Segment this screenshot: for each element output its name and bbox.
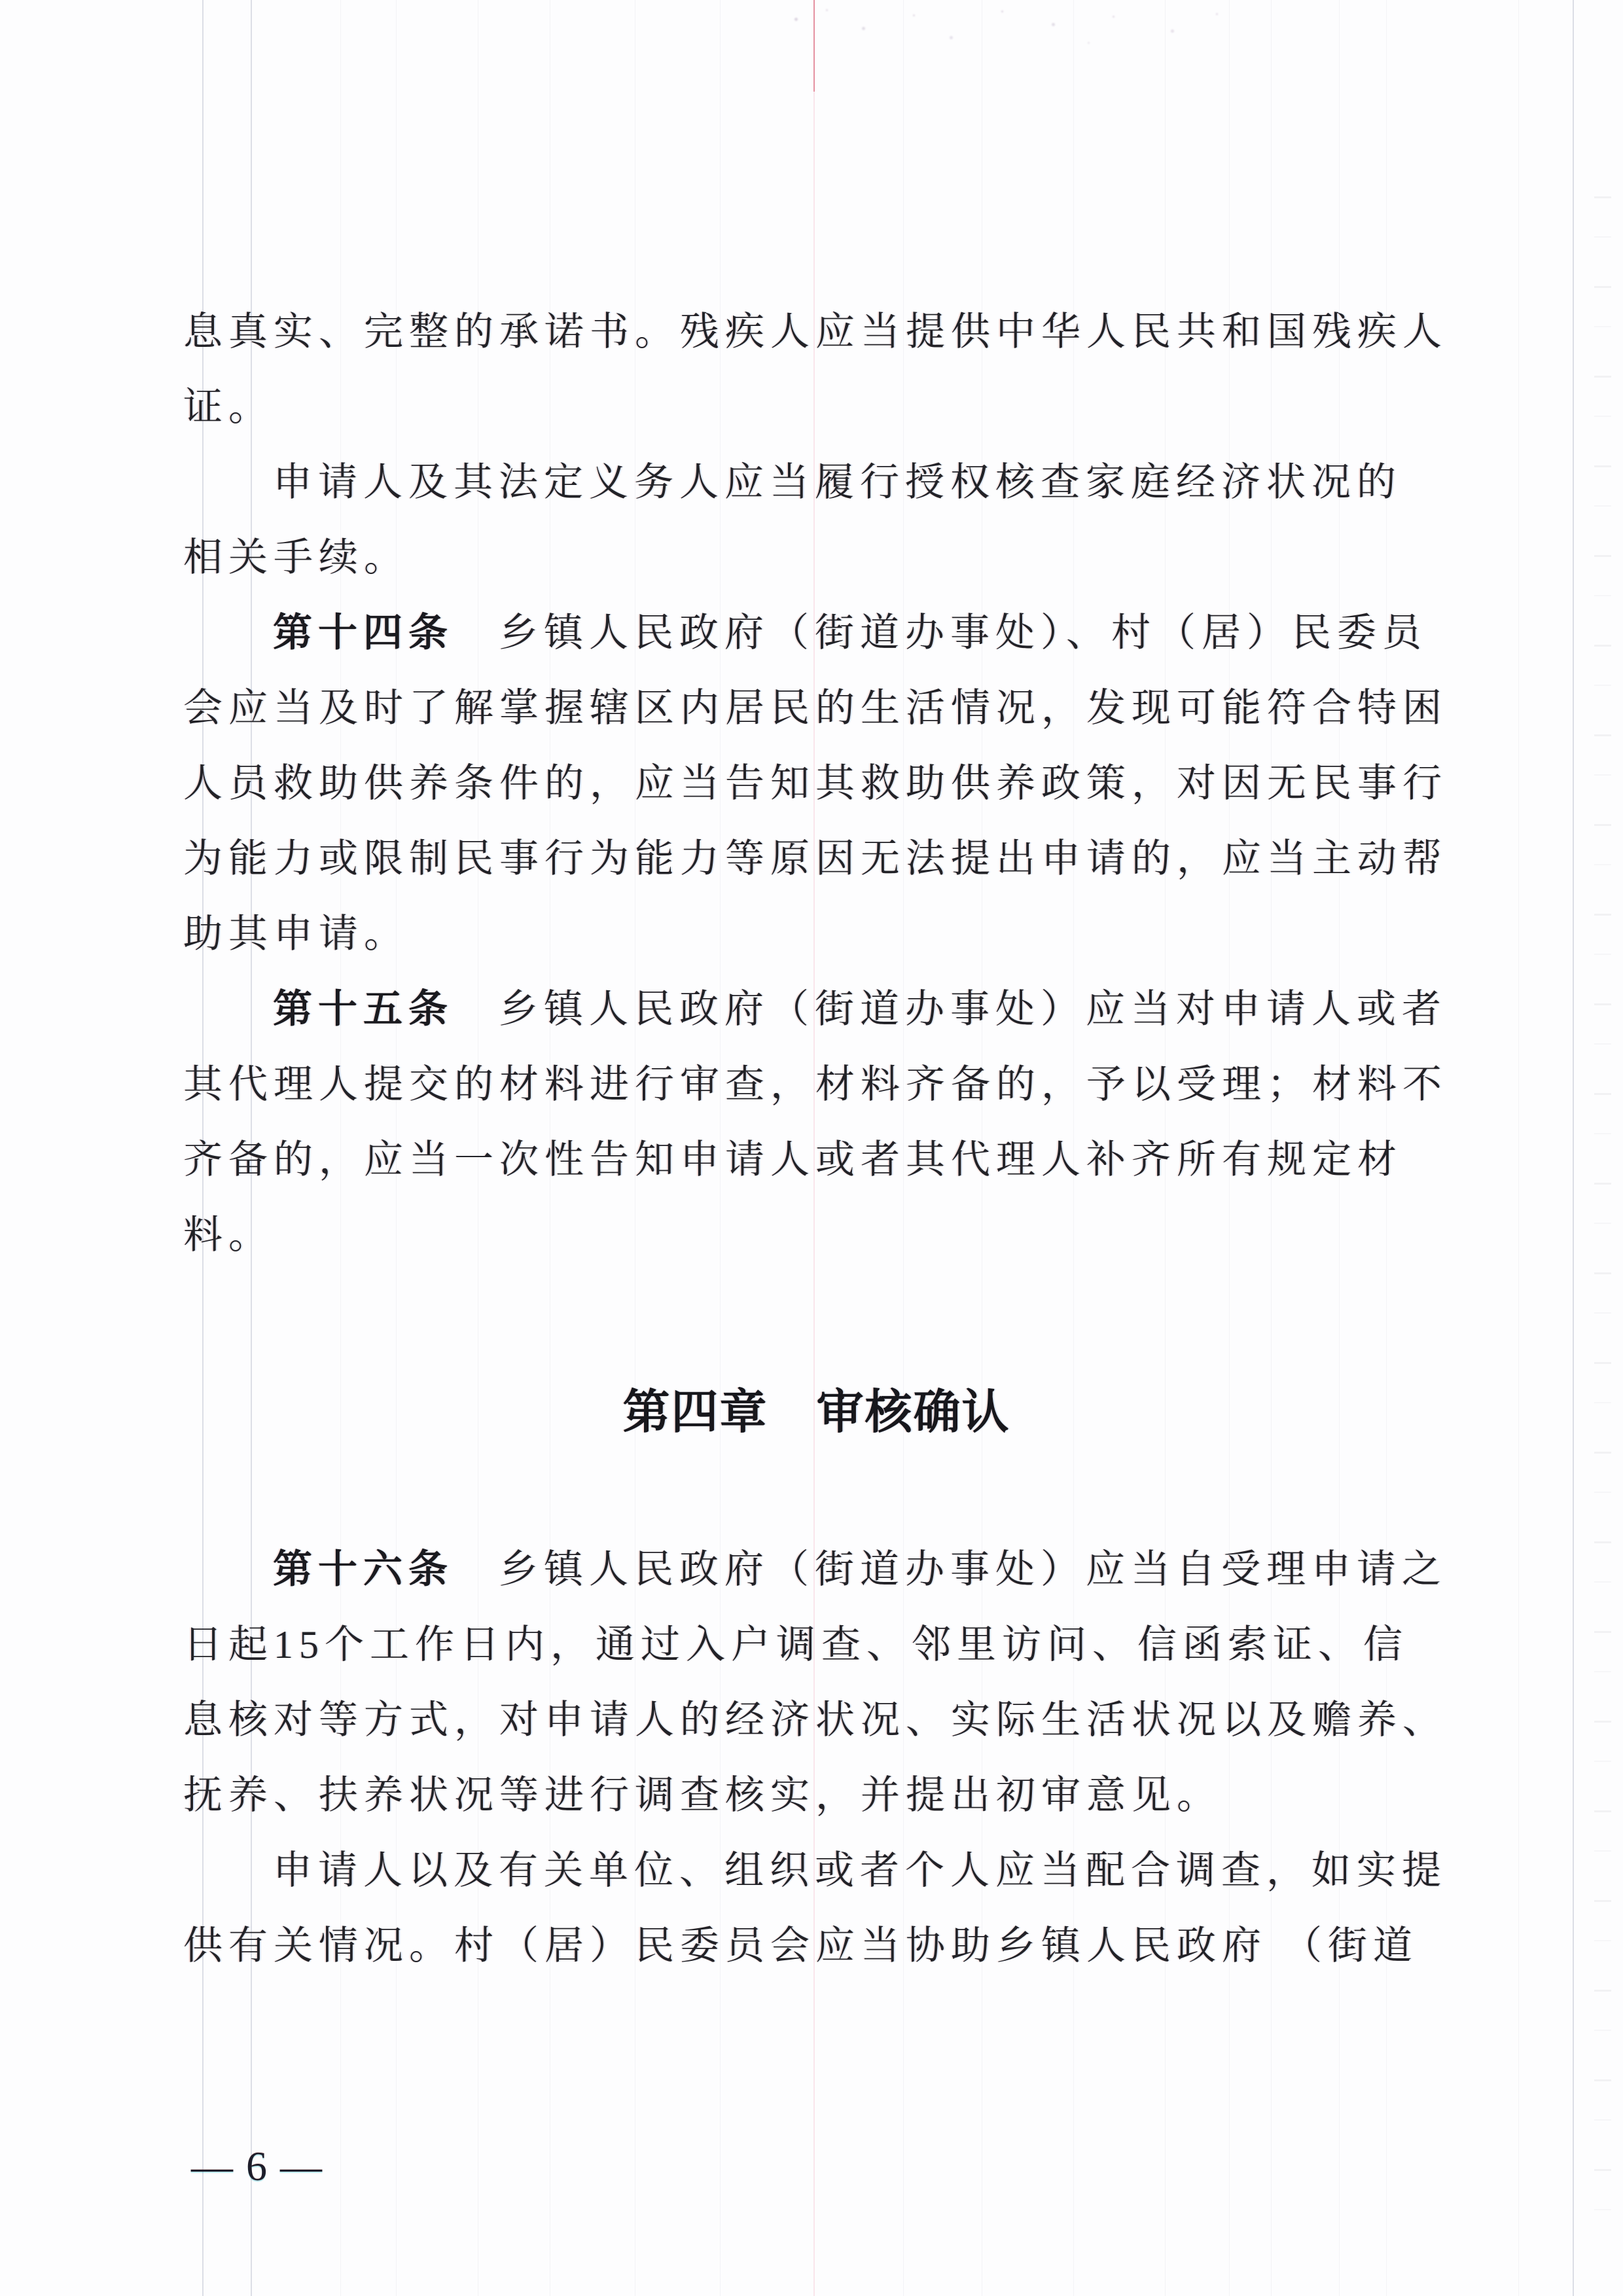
text-line: 为能力或限制民事行为能力等原因无法提出申请的，应当主动帮: [183, 821, 1450, 897]
text-line: 其代理人提交的材料进行审查，材料齐备的，予以受理；材料不: [183, 1047, 1450, 1122]
text-line: 证。: [183, 370, 1450, 445]
text-line-article-15: 第十五条 乡镇人民政府（街道办事处）应当对申请人或者: [183, 972, 1450, 1047]
text-line: 抚养、扶养状况等进行调查核实，并提出初审意见。: [183, 1758, 1450, 1833]
page-number: — 6 —: [191, 2145, 323, 2187]
text-line: 供有关情况。村（居）民委员会应当协助乡镇人民政府 （街道: [183, 1909, 1450, 1984]
text-line: 助其申请。: [183, 897, 1450, 972]
text-line: 申请人以及有关单位、组织或者个人应当配合调查，如实提: [183, 1833, 1450, 1909]
scan-edge-noise: [1594, 196, 1611, 2231]
text-line: 会应当及时了解掌握辖区内居民的生活情况，发现可能符合特困: [183, 671, 1450, 746]
article-number: 第十四条: [273, 611, 454, 655]
line-text: 乡镇人民政府（街道办事处）、村（居）民委员: [454, 611, 1427, 655]
text-line: 息核对等方式，对申请人的经济状况、实际生活状况以及赡养、: [183, 1683, 1450, 1758]
scan-noise-speckles: [0, 0, 2, 2]
scan-artifact-line: [1518, 0, 1519, 2296]
scan-artifact-line: [1573, 0, 1574, 2296]
text-line-article-14: 第十四条 乡镇人民政府（街道办事处）、村（居）民委员: [183, 596, 1450, 671]
text-line: 料。: [183, 1198, 1450, 1273]
text-line: 申请人及其法定义务人应当履行授权核查家庭经济状况的: [183, 445, 1450, 520]
line-text: 乡镇人民政府（街道办事处）应当对申请人或者: [454, 988, 1447, 1031]
article-number: 第十六条: [273, 1548, 454, 1591]
text-line: 人员救助供养条件的，应当告知其救助供养政策，对因无民事行: [183, 746, 1450, 821]
article-number: 第十五条: [273, 988, 454, 1031]
document-body: 息真实、完整的承诺书。残疾人应当提供中华人民共和国残疾人 证。 申请人及其法定义…: [183, 0, 1450, 1984]
document-page: 息真实、完整的承诺书。残疾人应当提供中华人民共和国残疾人 证。 申请人及其法定义…: [0, 0, 1623, 2296]
line-text: 乡镇人民政府（街道办事处）应当自受理申请之: [454, 1548, 1447, 1591]
text-line: 相关手续。: [183, 520, 1450, 596]
text-line: 日起15个工作日内，通过入户调查、邻里访问、信函索证、信: [183, 1607, 1450, 1683]
text-line-article-16: 第十六条 乡镇人民政府（街道办事处）应当自受理申请之: [183, 1532, 1450, 1607]
text-line: 齐备的，应当一次性告知申请人或者其代理人补齐所有规定材: [183, 1122, 1450, 1198]
text-line: 息真实、完整的承诺书。残疾人应当提供中华人民共和国残疾人: [183, 295, 1450, 370]
chapter-heading: 第四章 审核确认: [183, 1370, 1450, 1455]
